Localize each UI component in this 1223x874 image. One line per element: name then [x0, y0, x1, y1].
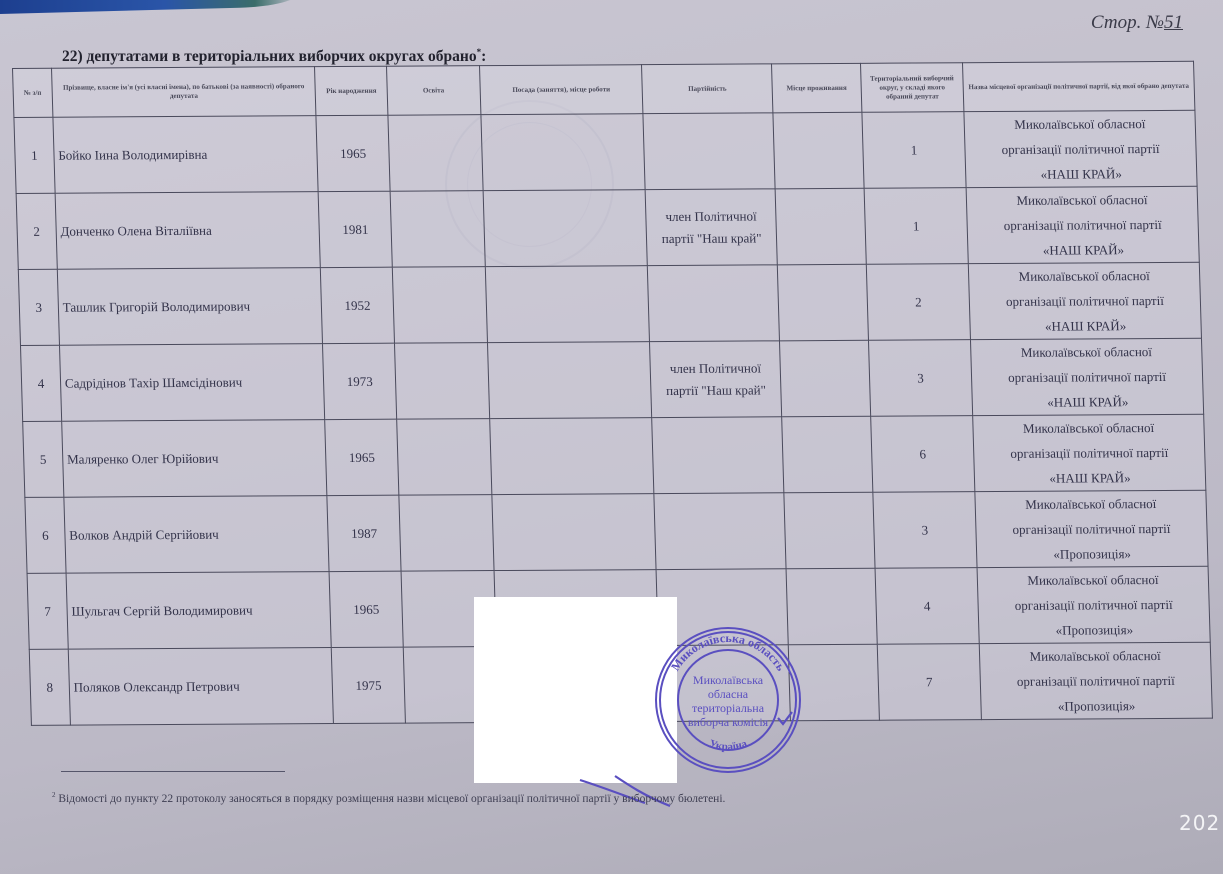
birth-year: 1987: [327, 495, 401, 571]
table-row: 4 Садрідінов Тахір Шамсідінович 1973 чле…: [20, 338, 1203, 421]
photo-date-overlay: 202: [1179, 811, 1223, 835]
footnote-number: 2: [52, 791, 56, 799]
column-header-residence: Місце проживання: [772, 63, 862, 113]
party-organization-cell: Миколаївської обласної організації політ…: [966, 186, 1199, 263]
footnote-divider: [61, 771, 285, 772]
position-cell: [492, 494, 657, 571]
page-number: Стор. №51: [1091, 12, 1183, 34]
org-line-3: «НАШ КРАЙ»: [979, 465, 1202, 491]
district-number: 3: [873, 492, 977, 569]
residence-cell: [784, 492, 875, 569]
deputy-name: Маляренко Олег Юрійович: [61, 420, 327, 498]
org-line-2: організації політичної партії: [978, 440, 1201, 466]
district-number: 1: [864, 188, 968, 265]
party-membership-cell: [648, 265, 780, 342]
district-number: 2: [866, 264, 970, 341]
residence-cell: [775, 188, 866, 265]
column-header-party-membership: Партійність: [642, 64, 773, 114]
footnote-text: Відомості до пункту 22 протоколу заносят…: [58, 793, 725, 805]
table-row: 3 Ташлик Григорій Володимирович 1952 2 М…: [18, 262, 1201, 345]
district-number: 1: [862, 112, 966, 189]
education-cell: [399, 495, 494, 572]
org-line-3: «Пропозиція»: [985, 693, 1208, 719]
org-line-3: «НАШ КРАЙ»: [972, 237, 1195, 263]
birth-year: 1965: [325, 419, 399, 495]
party-membership-cell: [654, 493, 786, 570]
deputy-name: Ташлик Григорій Володимирович: [57, 268, 323, 346]
column-header-birth-year: Рік народження: [315, 66, 388, 115]
education-cell: [392, 267, 487, 344]
background-object-strip: [0, 0, 300, 14]
table-row: 2 Донченко Олена Віталіївна 1981 член По…: [16, 186, 1199, 269]
party-membership-cell: [643, 113, 775, 190]
row-number: 8: [29, 649, 70, 725]
party-membership-cell: [652, 417, 784, 494]
deputy-name: Бойко Іина Володимирівна: [53, 116, 319, 194]
column-header-number: № з/п: [13, 68, 53, 117]
section-title: 22) депутатами в територіальних виборчих…: [62, 47, 486, 66]
org-line-1: Миколаївської обласної: [979, 491, 1202, 517]
org-line-3: «Пропозиція»: [983, 617, 1206, 643]
table-row: 1 Бойко Іина Володимирівна 1965 1 Микола…: [14, 110, 1197, 193]
org-line-1: Миколаївської обласної: [977, 415, 1200, 441]
residence-cell: [782, 416, 873, 493]
deputy-name: Донченко Олена Віталіївна: [55, 192, 321, 270]
org-line-1: Миколаївської обласної: [984, 643, 1207, 669]
section-title-text: 22) депутатами в територіальних виборчих…: [62, 48, 477, 65]
svg-text:Україна: Україна: [707, 737, 749, 753]
district-number: 3: [868, 340, 972, 417]
party-organization-cell: Миколаївської обласної організації політ…: [977, 566, 1210, 643]
district-number: 6: [871, 416, 975, 493]
party-membership-cell: член Політичної партії "Наш край": [650, 341, 782, 418]
org-line-2: організації політичної партії: [985, 668, 1208, 694]
party-organization-cell: Миколаївської обласної організації політ…: [975, 490, 1208, 567]
row-number: 6: [25, 497, 66, 573]
residence-cell: [773, 112, 864, 189]
org-line-2: організації політичної партії: [976, 364, 1199, 390]
row-number: 7: [27, 573, 68, 649]
page-number-value: 51: [1164, 12, 1183, 33]
row-number: 2: [16, 193, 57, 269]
org-line-2: організації політичної партії: [982, 592, 1205, 618]
party-organization-cell: Миколаївської обласної організації політ…: [973, 414, 1206, 491]
org-line-2: організації політичної партії: [971, 212, 1194, 238]
org-line-1: Миколаївської обласної: [971, 187, 1194, 213]
position-cell: [490, 418, 655, 495]
party-organization-cell: Миколаївської обласної організації політ…: [964, 110, 1197, 187]
org-line-3: «Пропозиція»: [981, 541, 1204, 567]
row-number: 3: [18, 269, 59, 345]
row-number: 5: [23, 421, 64, 497]
column-header-district: Територіальний виборчий округ, у складі …: [860, 63, 964, 113]
org-line-2: організації політичної партії: [980, 516, 1203, 542]
party-organization-cell: Миколаївської обласної організації політ…: [971, 338, 1204, 415]
party-membership-cell: член Політичної партії "Наш край": [645, 189, 777, 266]
district-number: 4: [875, 568, 979, 645]
org-line-2: організації політичної партії: [974, 288, 1197, 314]
row-number: 4: [20, 345, 61, 421]
row-number: 1: [14, 117, 55, 193]
district-number: 7: [877, 644, 981, 721]
page-number-label: Стор. №: [1091, 12, 1164, 33]
residence-cell: [788, 644, 879, 721]
position-cell: [483, 190, 648, 267]
footnote-marker: *: [477, 47, 482, 57]
org-line-1: Миколаївської обласної: [982, 567, 1205, 593]
residence-cell: [779, 340, 870, 417]
birth-year: 1981: [318, 191, 392, 267]
org-line-3: «НАШ КРАЙ»: [976, 389, 1199, 415]
table-row: 5 Маляренко Олег Юрійович 1965 6 Миколаї…: [23, 414, 1206, 497]
deputy-name: Поляков Олександр Петрович: [68, 648, 334, 726]
column-header-full-name: Прізвище, власне ім'я (усі власні імена)…: [51, 67, 316, 118]
org-line-1: Миколаївської обласної: [975, 339, 1198, 365]
residence-cell: [786, 568, 877, 645]
redaction-box: [474, 597, 677, 783]
party-membership-cell: [659, 645, 791, 722]
position-cell: [485, 266, 650, 343]
education-cell: [397, 419, 492, 496]
footnote: 2 Відомості до пункту 22 протоколу занос…: [52, 791, 725, 805]
education-cell: [390, 191, 485, 268]
education-cell: [394, 343, 489, 420]
column-header-position: Посада (заняття), місце роботи: [479, 65, 643, 115]
table-row: 6 Волков Андрій Сергійович 1987 3 Микола…: [25, 490, 1208, 573]
position-cell: [487, 342, 652, 419]
org-line-1: Миколаївської обласної: [973, 263, 1196, 289]
org-line-2: організації політичної партії: [969, 136, 1192, 162]
birth-year: 1965: [329, 571, 403, 647]
party-organization-cell: Миколаївської обласної організації політ…: [968, 262, 1201, 339]
birth-year: 1952: [321, 267, 395, 343]
birth-year: 1965: [316, 115, 390, 191]
deputy-name: Шульгач Сергій Володимирович: [66, 572, 332, 650]
column-header-party-organization: Назва місцевої організації політичної па…: [963, 61, 1195, 111]
birth-year: 1973: [323, 343, 397, 419]
table-header-row: № з/п Прізвище, власне ім'я (усі власні …: [13, 61, 1195, 117]
birth-year: 1975: [332, 647, 406, 723]
org-line-3: «НАШ КРАЙ»: [970, 161, 1193, 187]
org-line-1: Миколаївської обласної: [968, 111, 1191, 137]
org-line-3: «НАШ КРАЙ»: [974, 313, 1197, 339]
column-header-education: Освіта: [386, 66, 480, 116]
deputy-name: Садрідінов Тахір Шамсідінович: [59, 344, 325, 422]
education-cell: [388, 115, 483, 192]
party-organization-cell: Миколаївської обласної організації політ…: [979, 642, 1212, 719]
deputy-name: Волков Андрій Сергійович: [64, 496, 330, 574]
residence-cell: [777, 264, 868, 341]
position-cell: [481, 114, 646, 191]
